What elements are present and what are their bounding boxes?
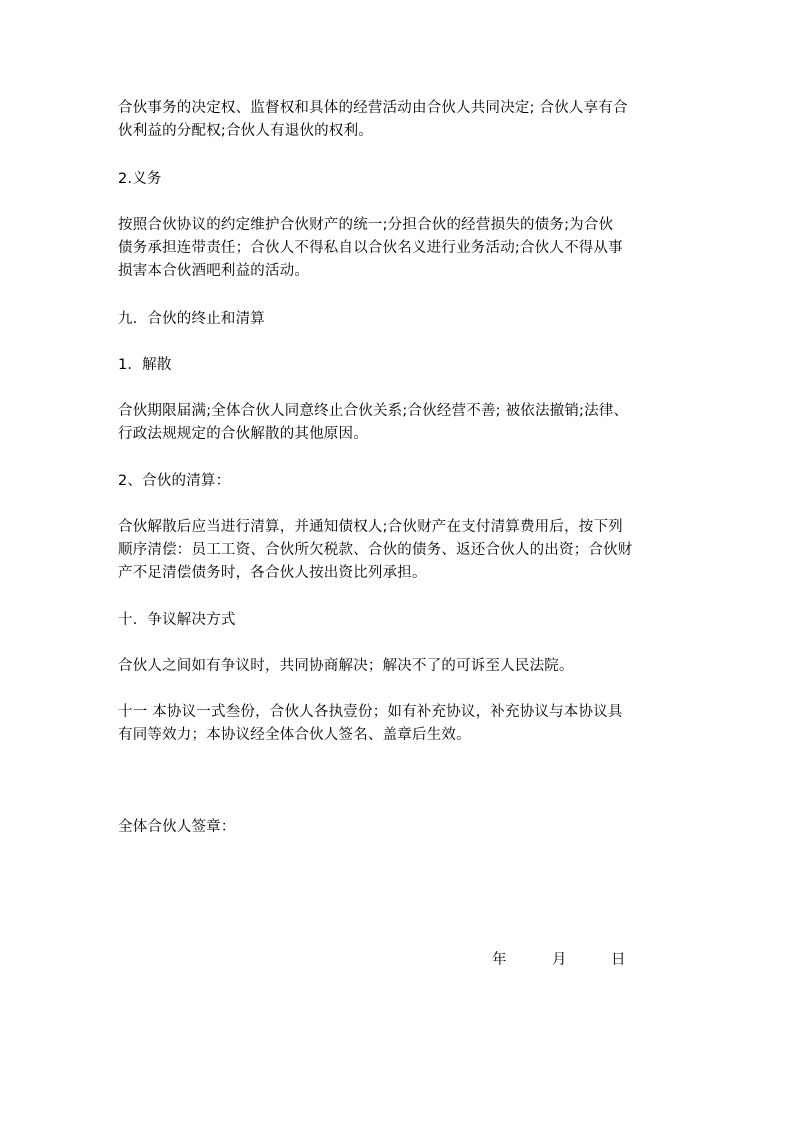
partner-rights-paragraph: 合伙事务的决定权、监督权和具体的经营活动由合伙人共同决定; 合伙人享有合 伙利益… <box>118 97 678 143</box>
date-month-label: 月 <box>552 950 567 970</box>
liquidation-paragraph: 合伙解散后应当进行清算，并通知债权人;合伙财产在支付清算费用后，按下列 顺序清偿… <box>118 516 678 585</box>
text-line: 产不足清偿债务时，各合伙人按出资比列承担。 <box>118 562 678 585</box>
date-year-label: 年 <box>492 950 507 970</box>
section-9-heading: 九．合伙的终止和清算 <box>118 308 678 331</box>
dissolution-heading: 1．解散 <box>118 354 678 377</box>
text-line: 债务承担连带责任；合伙人不得私自以合伙名义进行业务活动;合伙人不得从事 <box>118 237 678 260</box>
section-11-paragraph: 十一 本协议一式叁份，合伙人各执壹份；如有补充协议，补充协议与本协议具 有同等效… <box>118 701 678 747</box>
obligations-heading: 2.义务 <box>118 168 678 191</box>
text-line: 有同等效力；本协议经全体合伙人签名、盖章后生效。 <box>118 724 678 747</box>
section-10-heading: 十．争议解决方式 <box>118 609 678 632</box>
text-line: 顺序清偿：员工工资、合伙所欠税款、合伙的债务、返还合伙人的出资；合伙财 <box>118 539 678 562</box>
text-line: 合伙期限届满;全体合伙人同意终止合伙关系;合伙经营不善; 被依法撤销;法律、 <box>118 400 678 423</box>
dissolution-paragraph: 合伙期限届满;全体合伙人同意终止合伙关系;合伙经营不善; 被依法撤销;法律、 行… <box>118 400 678 446</box>
obligations-paragraph: 按照合伙协议的约定维护合伙财产的统一;分担合伙的经营损失的债务;为合伙 债务承担… <box>118 214 678 283</box>
text-line: 合伙事务的决定权、监督权和具体的经营活动由合伙人共同决定; 合伙人享有合 <box>118 97 678 120</box>
text-line: 十一 本协议一式叁份，合伙人各执壹份；如有补充协议，补充协议与本协议具 <box>118 701 678 724</box>
signature-label: 全体合伙人签章： <box>118 816 678 839</box>
date-day-label: 日 <box>611 950 626 970</box>
text-line: 合伙解散后应当进行清算，并通知债权人;合伙财产在支付清算费用后，按下列 <box>118 516 678 539</box>
liquidation-heading: 2、合伙的清算： <box>118 470 678 493</box>
text-line: 按照合伙协议的约定维护合伙财产的统一;分担合伙的经营损失的债务;为合伙 <box>118 214 678 237</box>
document-page: 合伙事务的决定权、监督权和具体的经营活动由合伙人共同决定; 合伙人享有合 伙利益… <box>0 0 794 1123</box>
text-line: 行政法规规定的合伙解散的其他原因。 <box>118 423 678 446</box>
text-line: 损害本合伙酒吧利益的活动。 <box>118 260 678 283</box>
dispute-paragraph: 合伙人之间如有争议时，共同协商解决；解决不了的可诉至人民法院。 <box>118 655 678 678</box>
text-line: 伙利益的分配权;合伙人有退伙的权利。 <box>118 120 678 143</box>
